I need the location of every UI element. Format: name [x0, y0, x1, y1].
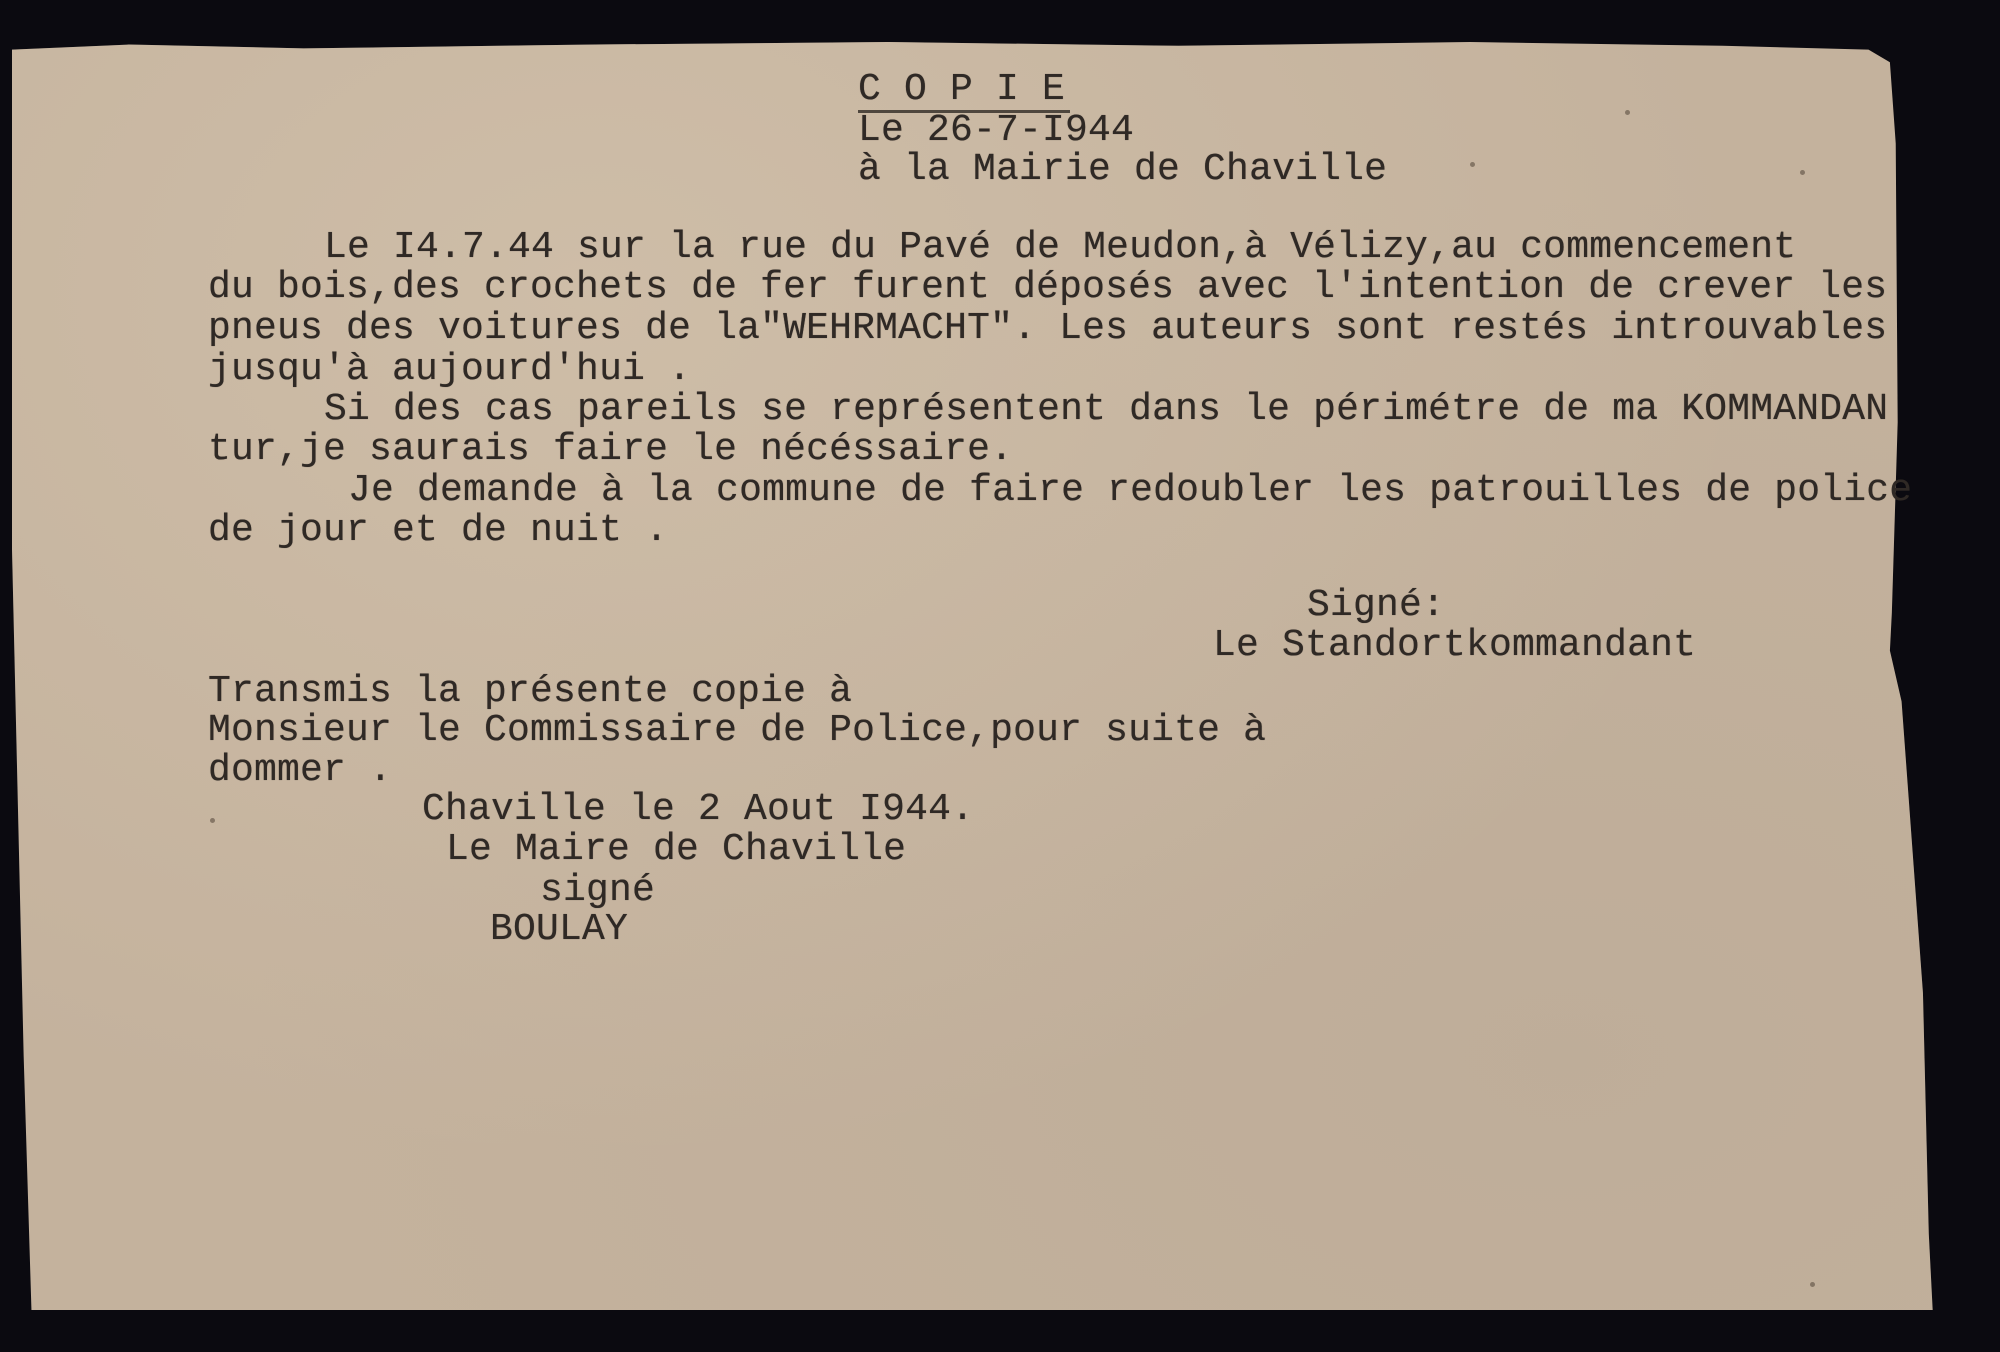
closing-mayor-title: Le Maire de Chaville	[446, 830, 906, 870]
closing-signatory-name: BOULAY	[490, 910, 628, 950]
transmittal-line-1: Transmis la présente copie à	[208, 672, 852, 712]
header-addressee: à la Mairie de Chaville	[858, 150, 1387, 190]
paper-speck	[1470, 162, 1475, 167]
body-line-2: du bois,des crochets de fer furent dépos…	[208, 268, 1887, 308]
closing-place-date: Chaville le 2 Aout I944.	[422, 790, 974, 830]
body-line-3: pneus des voitures de la"WEHRMACHT". Les…	[208, 309, 1887, 349]
paper-speck	[210, 818, 215, 823]
signatory-standortkommandant: Le Standortkommandant	[1213, 626, 1696, 666]
closing-signed-label: signé	[540, 871, 655, 911]
body-line-8: de jour et de nuit .	[208, 511, 668, 551]
document-title: C O P I E	[858, 70, 1065, 110]
signature-label: Signé:	[1307, 586, 1445, 626]
paper-speck	[1800, 170, 1805, 175]
paper-speck	[1810, 1282, 1815, 1287]
body-line-1: Le I4.7.44 sur la rue du Pavé de Meudon,…	[324, 228, 1796, 268]
paper-speck	[1625, 110, 1630, 115]
header-date: Le 26-7-I944	[858, 111, 1134, 151]
body-line-5: Si des cas pareils se représentent dans …	[324, 390, 1888, 430]
body-line-6: tur,je saurais faire le nécéssaire.	[208, 430, 1013, 470]
transmittal-line-2: Monsieur le Commissaire de Police,pour s…	[208, 711, 1266, 751]
transmittal-line-3: dommer .	[208, 751, 392, 791]
body-line-4: jusqu'à aujourd'hui .	[208, 350, 691, 390]
body-line-7: Je demande à la commune de faire redoubl…	[348, 471, 1912, 511]
